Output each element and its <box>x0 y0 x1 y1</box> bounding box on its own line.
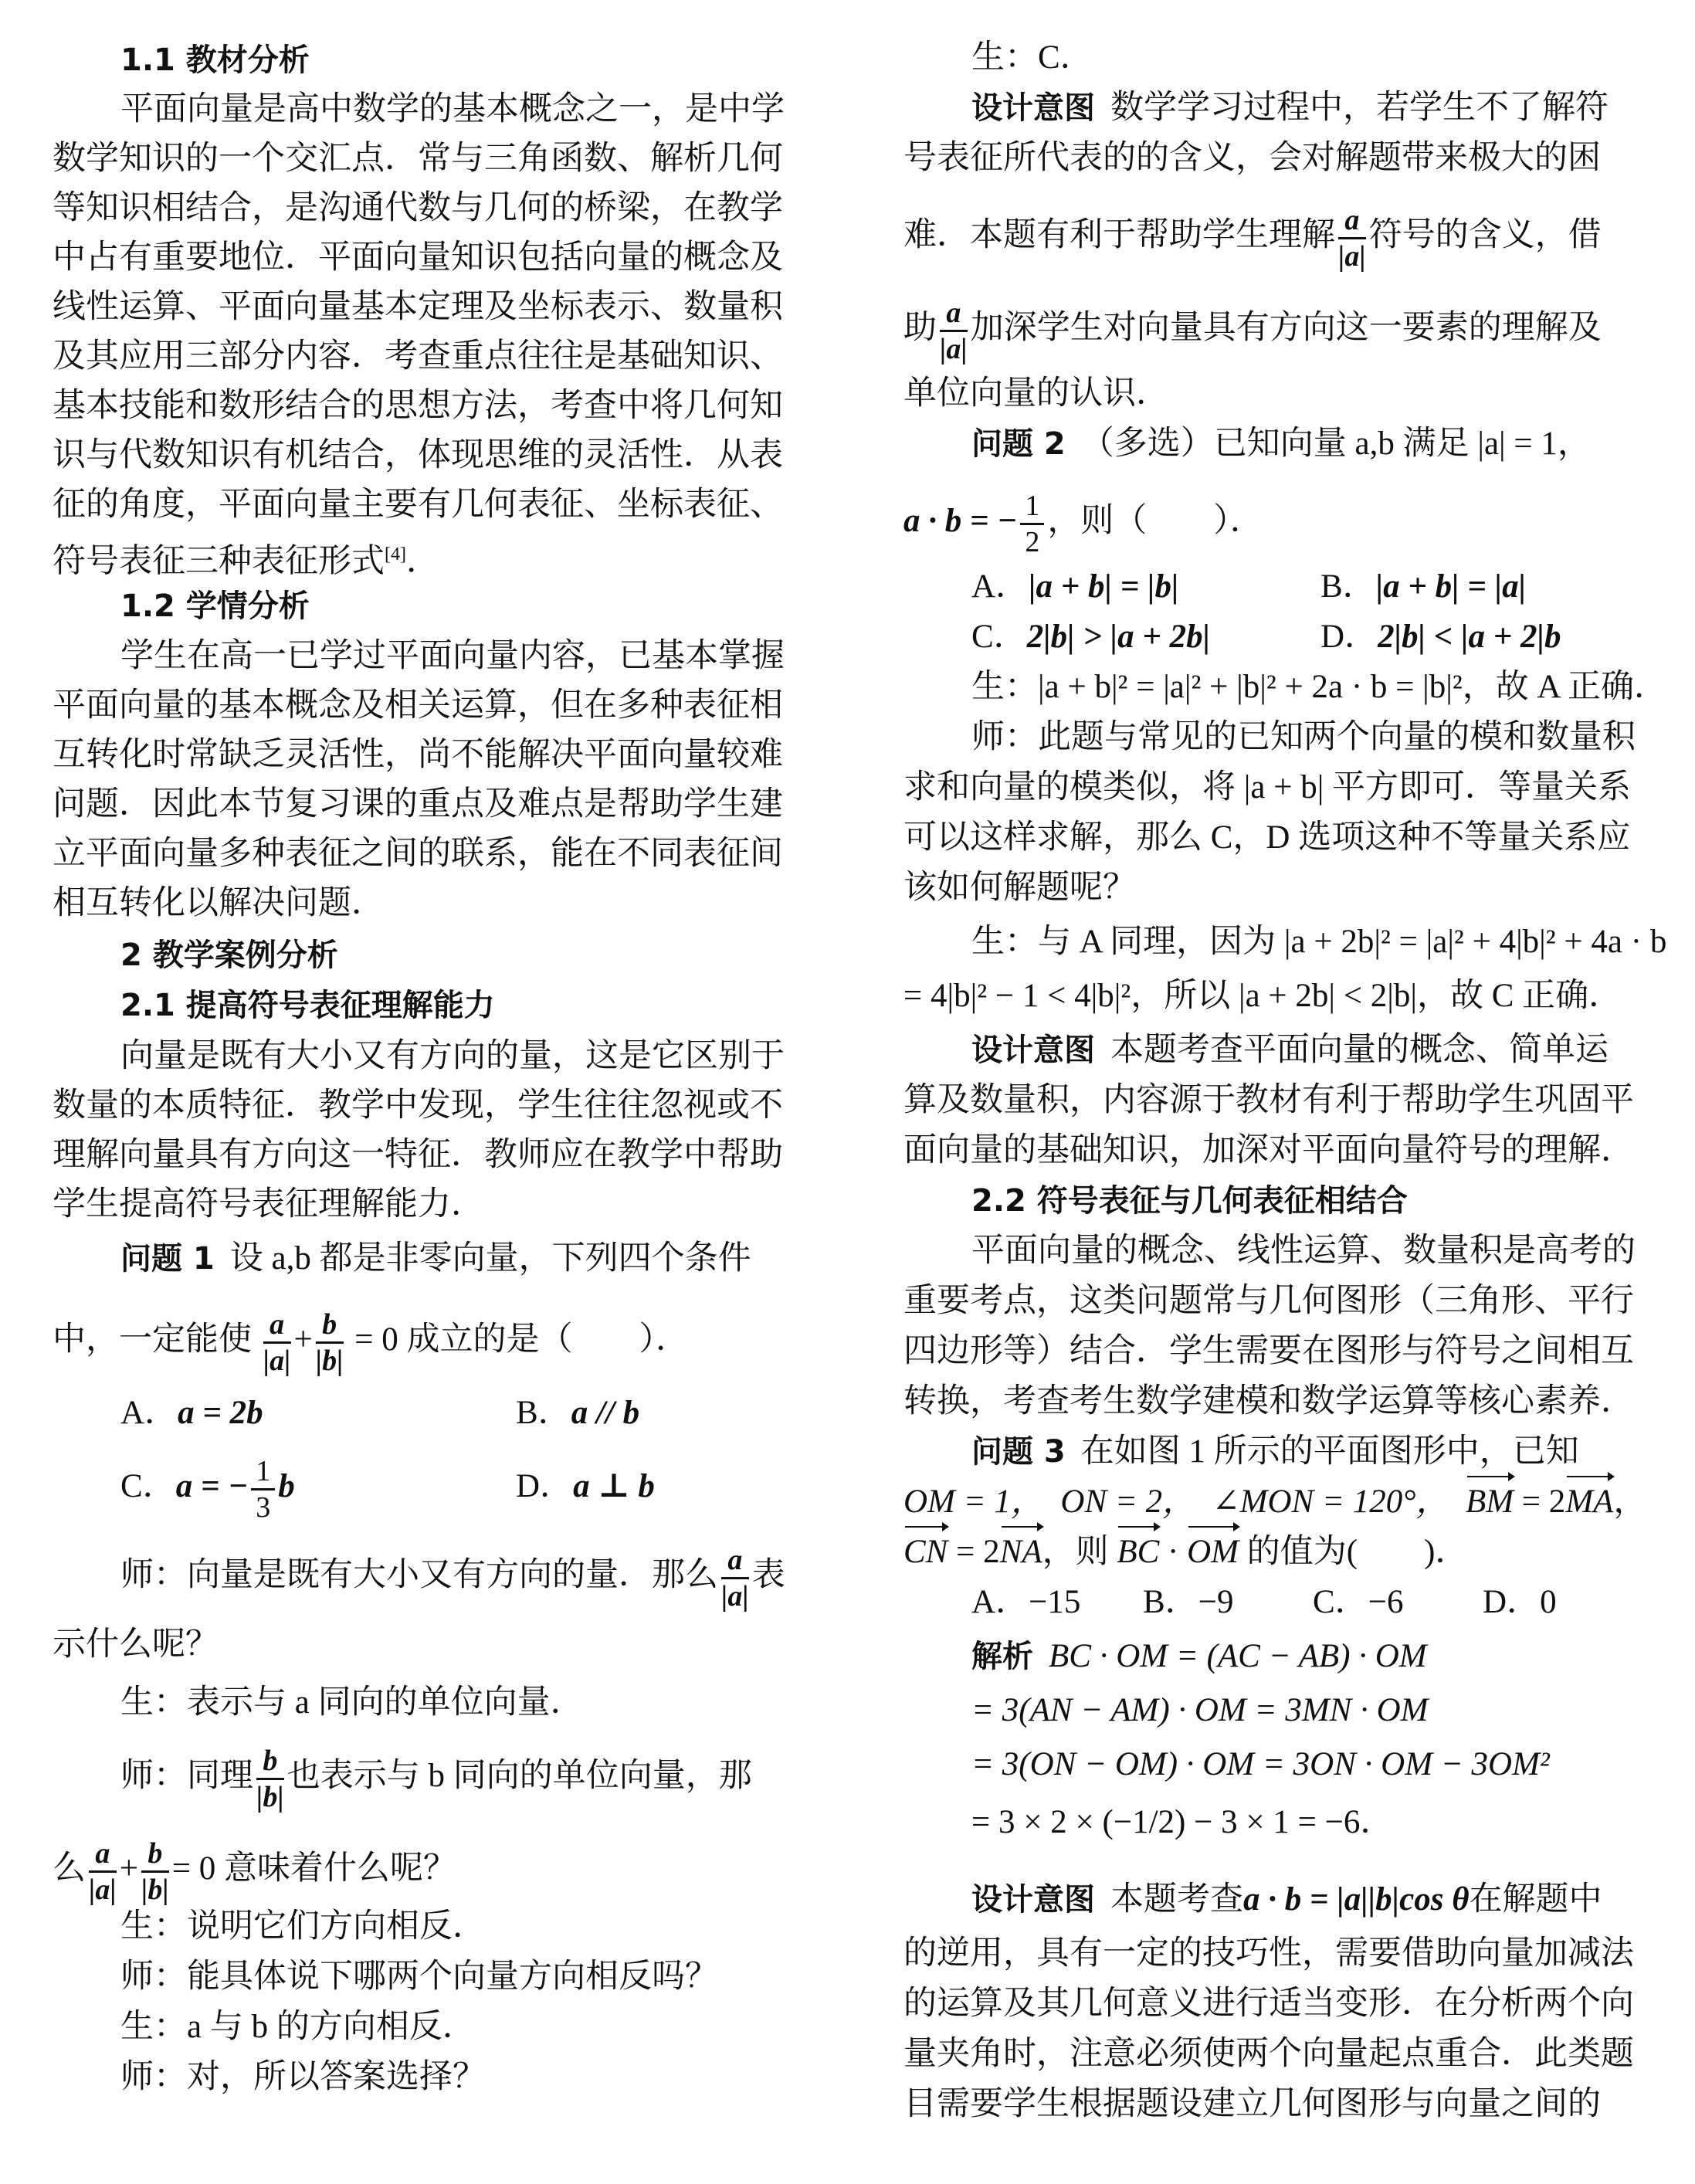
question-2-label: 问题 2 <box>971 426 1066 462</box>
unit-vector-b-fraction: b|b| <box>141 1836 169 1907</box>
solution-step: = 3(AN − AM) · OM = 3MN · OM <box>971 1687 1428 1734</box>
question-3-given-line: OM = 1， ON = 2， ∠MON = 120°， BM = 2MA， <box>903 1479 1646 1525</box>
vector-na: NA <box>1000 1529 1042 1575</box>
question-1-option-d[interactable]: D．a ⊥ b <box>516 1463 655 1510</box>
paragraph-line: 可以这样求解，那么 C，D 选项这种不等量关系应 <box>903 815 1630 861</box>
paragraph-line: 立平面向量多种表征之间的联系，能在不同表征间 <box>53 831 783 877</box>
citation-link[interactable]: [4] <box>385 544 406 565</box>
question-1-text: 中，一定能使 <box>53 1321 252 1358</box>
paragraph-line: 算及数量积，内容源于教材有利于帮助学生巩固平 <box>903 1077 1634 1124</box>
paragraph-line: 相互转化以解决问题． <box>53 880 385 927</box>
paragraph-text: 符号表征三种表征形式 <box>53 543 385 579</box>
question-3-option-c[interactable]: C．−6 <box>1313 1579 1403 1626</box>
paragraph-line: 等知识相结合，是沟通代数与几何的桥梁，在教学 <box>53 185 783 232</box>
vector-ma: MA <box>1565 1479 1613 1525</box>
paragraph-line: 学生提高符号表征理解能力． <box>53 1182 484 1228</box>
paragraph-line: 单位向量的认识． <box>903 371 1169 417</box>
paragraph-line: 目需要学生根据题设建立几何图形与向量之间的 <box>903 2081 1601 2128</box>
paragraph-line: 平面向量的基本概念及相关运算，但在多种表征相 <box>53 683 783 729</box>
paragraph-line: 数量的本质特征．教学中发现，学生往往忽视或不 <box>53 1083 783 1129</box>
paragraph-line: 平面向量的概念、线性运算、数量积是高考的 <box>971 1228 1636 1274</box>
design-intent-label: 设计意图 <box>971 1033 1095 1068</box>
paragraph-line: 的逆用，具有一定的技巧性，需要借助向量加减法 <box>903 1931 1634 1977</box>
dialogue-line-teacher: 师：此题与常见的已知两个向量的模和数量积 <box>971 714 1636 761</box>
design-intent-line: 设计意图本题考查a · b = |a||b|cos θ在解题中 <box>971 1877 1602 1923</box>
dialogue-line-student: 生：说明它们方向相反． <box>120 1904 486 1950</box>
dialogue-line-teacher: 师：同理b|b|也表示与 b 同向的单位向量，那 <box>120 1734 752 1819</box>
question-1-label: 问题 1 <box>120 1241 215 1277</box>
plus-sign: + <box>294 1321 313 1358</box>
question-1-option-c[interactable]: C．a = −13b <box>120 1444 295 1529</box>
unit-vector-a-fraction: a|a| <box>940 296 968 366</box>
vector-bc: BC <box>1117 1529 1159 1575</box>
question-3-option-b[interactable]: B．−9 <box>1143 1579 1233 1626</box>
paragraph-line: 基本技能和数形结合的思想方法，考查中将几何知 <box>53 383 783 429</box>
paragraph-line: 符号表征三种表征形式[4]． <box>53 531 439 578</box>
section-heading-2-2: 2.2 符号表征与几何表征相结合 <box>971 1178 1408 1224</box>
paragraph-line: = 4|b|² − 1 < 4|b|²，所以 |a + 2b| < 2|b|，故… <box>903 973 1622 1019</box>
section-heading-1-1: 1.1 教材分析 <box>120 37 310 83</box>
dialogue-line-teacher: 师：向量是既有大小又有方向的量．那么a|a|表 <box>120 1533 785 1618</box>
question-2-line: 问题 2（多选）已知向量 a,b 满足 |a| = 1， <box>971 421 1591 467</box>
paragraph-line: 四边形等）结合．学生需要在图形与符号之间相互 <box>903 1328 1634 1375</box>
question-3-label: 问题 3 <box>971 1434 1066 1470</box>
paragraph-line: 号表征所代表的的含义，会对解题带来极大的困 <box>903 135 1601 181</box>
dialogue-line-student: 生：a 与 b 的方向相反． <box>120 2004 476 2050</box>
paragraph-line: 问题．因此本节复习课的重点及难点是帮助学生建 <box>53 782 783 828</box>
one-third-fraction: 13 <box>251 1454 275 1524</box>
paragraph-line: 求和向量的模类似，将 |a + b| 平方即可．等量关系 <box>903 765 1631 811</box>
unit-vector-b-fraction: b|b| <box>256 1744 284 1814</box>
question-1-text: = 0 成立的是（ ）． <box>354 1321 689 1358</box>
end-punct: ． <box>406 543 439 579</box>
vector-cn: CN <box>903 1529 948 1575</box>
paragraph-line: 理解向量具有方向这一特征．教师应在教学中帮助 <box>53 1132 783 1178</box>
paragraph-line: 及其应用三部分内容．考查重点往往是基础知识、 <box>53 334 783 380</box>
paragraph-line: 平面向量是高中数学的基本概念之一，是中学 <box>120 86 785 133</box>
dialogue-line: 示什么呢？ <box>53 1622 219 1668</box>
solution-label: 解析 <box>971 1639 1033 1674</box>
paragraph-line: 征的角度，平面向量主要有几何表征、坐标表征、 <box>53 482 783 528</box>
design-intent-label: 设计意图 <box>971 1882 1095 1918</box>
paragraph-line: 重要考点，这类问题常与几何图形（三角形、平行 <box>903 1278 1634 1324</box>
paragraph-line: 难．本题有利于帮助学生理解a|a|符号的含义，借 <box>903 193 1602 278</box>
unit-vector-a-fraction: a|a| <box>721 1543 749 1613</box>
question-2-option-c[interactable]: C．2|b| > |a + 2b| <box>971 614 1210 660</box>
dialogue-line-teacher: 师：对，所以答案选择？ <box>120 2054 486 2101</box>
paragraph-line: 互转化时常缺乏灵活性，尚不能解决平面向量较难 <box>53 732 783 778</box>
paragraph-line: 助a|a|加深学生对向量具有方向这一要素的理解及 <box>903 286 1602 371</box>
paragraph-line: 面向量的基础知识，加深对平面向量符号的理解． <box>903 1128 1634 1174</box>
solution-step: = 3(ON − OM) · OM = 3ON · OM − 3OM² <box>971 1741 1550 1788</box>
section-heading-1-2: 1.2 学情分析 <box>120 583 310 629</box>
paragraph-line: 线性运算、平面向量基本定理及坐标表示、数量积 <box>53 284 783 331</box>
paragraph-line: 中占有重要地位．平面向量知识包括向量的概念及 <box>53 235 783 281</box>
vector-bm: BM <box>1466 1479 1514 1525</box>
vector-om: OM <box>1187 1529 1239 1575</box>
question-2-option-a[interactable]: A．|a + b| = |b| <box>971 564 1178 610</box>
paragraph-line: 该如何解题呢？ <box>903 865 1136 911</box>
dialogue-line-student: 生：与 A 同理，因为 |a + 2b|² = |a|² + 4|b|² + 4… <box>971 919 1666 965</box>
dialogue-line: 么a|a|+b|b|= 0 意味着什么呢？ <box>53 1826 456 1911</box>
design-intent-line: 设计意图本题考查平面向量的概念、简单运 <box>971 1027 1609 1073</box>
question-3-option-a[interactable]: A．−15 <box>971 1579 1080 1626</box>
unit-vector-a-fraction: a|a| <box>89 1836 117 1907</box>
paragraph-line: 转换，考查考生数学建模和数学运算等核心素养． <box>903 1379 1634 1425</box>
question-1-condition-line: 中，一定能使 a|a|+b|b| = 0 成立的是（ ）． <box>53 1297 689 1382</box>
solution-line: 解析BC · OM = (AC − AB) · OM <box>971 1633 1427 1680</box>
section-heading-2: 2 教学案例分析 <box>120 932 338 978</box>
question-1-text: 设 a,b 都是非零向量，下列四个条件 <box>230 1240 751 1277</box>
dialogue-line-student: 生：C． <box>971 35 1093 81</box>
paragraph-line: 数学知识的一个交汇点．常与三角函数、解析几何 <box>53 136 783 182</box>
paragraph-line: 向量是既有大小又有方向的量，这是它区别于 <box>120 1033 785 1080</box>
unit-vector-a-fraction: a|a| <box>1338 203 1366 273</box>
paragraph-line: 识与代数知识有机结合，体现思维的灵活性．从表 <box>53 432 783 479</box>
dialogue-line-teacher: 师：能具体说下哪两个向量方向相反吗？ <box>120 1954 718 2000</box>
question-1-option-b[interactable]: B．a // b <box>516 1390 639 1436</box>
question-2-option-d[interactable]: D．2|b| < |a + 2|b <box>1320 614 1561 660</box>
question-1-option-a[interactable]: A．a = 2b <box>120 1390 263 1436</box>
question-3-given-line: CN = 2NA，则 BC · OM 的值为( )． <box>903 1529 1468 1575</box>
design-intent-line: 设计意图数学学习过程中，若学生不了解符 <box>971 85 1609 131</box>
paragraph-line: 的运算及其几何意义进行适当变形．在分析两个向 <box>903 1981 1634 2027</box>
question-3-option-d[interactable]: D．0 <box>1483 1579 1557 1626</box>
question-2-option-b[interactable]: B．|a + b| = |a| <box>1320 564 1526 610</box>
question-1-line: 问题 1设 a,b 都是非零向量，下列四个条件 <box>120 1236 751 1282</box>
unit-vector-a-fraction: a|a| <box>263 1307 291 1378</box>
question-2-condition-line: a · b = −12，则（ ）． <box>903 479 1263 564</box>
solution-step: = 3 × 2 × (−1/2) − 3 × 1 = −6． <box>971 1799 1393 1846</box>
question-3-line: 问题 3在如图 1 所示的平面图形中，已知 <box>971 1429 1579 1475</box>
section-heading-2-1: 2.1 提高符号表征理解能力 <box>120 982 495 1029</box>
paragraph-line: 学生在高一已学过平面向量内容，已基本掌握 <box>120 633 785 680</box>
dialogue-line-student: 生：|a + b|² = |a|² + |b|² + 2a · b = |b|²… <box>971 664 1667 710</box>
unit-vector-b-fraction: b|b| <box>316 1307 344 1378</box>
one-half-fraction: 12 <box>1020 489 1044 559</box>
dialogue-line-student: 生：表示与 a 同向的单位向量． <box>120 1680 584 1726</box>
paragraph-line: 量夹角时，注意必须使两个向量起点重合．此类题 <box>903 2031 1634 2077</box>
design-intent-label: 设计意图 <box>971 90 1095 126</box>
